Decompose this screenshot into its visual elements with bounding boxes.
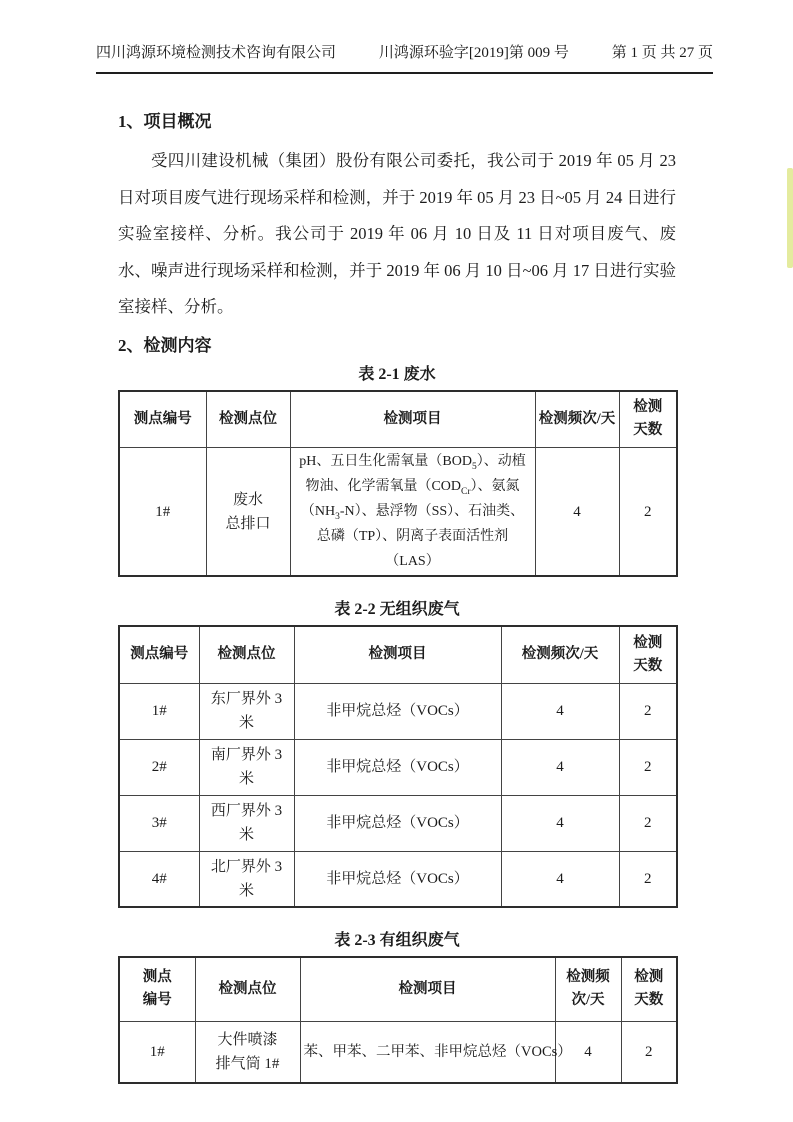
table-cell: 4 (501, 683, 619, 739)
column-header: 检测项目 (290, 391, 535, 448)
section-1-paragraph: 受四川建设机械（集团）股份有限公司委托，我公司于 2019 年 05 月 23 … (118, 143, 676, 326)
table-cell: 2 (619, 448, 677, 577)
fugitive-exhaust-table: 测点编号检测点位检测项目检测频次/天检测 天数1#东厂界外 3 米非甲烷总烃（V… (118, 625, 678, 908)
section-1-heading: 1、项目概况 (118, 110, 676, 134)
table-2-3-title: 表 2-3 有组织废气 (118, 931, 676, 951)
company-name: 四川鸿源环境检测技术咨询有限公司 (96, 44, 336, 63)
document-number: 川鸿源环验字[2019]第 009 号 (379, 44, 569, 63)
column-header: 测点编号 (119, 626, 199, 683)
table-cell: 非甲烷总烃（VOCs） (294, 683, 501, 739)
wastewater-table: 测点编号检测点位检测项目检测频次/天检测 天数1#废水 总排口pH、五日生化需氧… (118, 390, 678, 578)
column-header: 检测点位 (195, 957, 300, 1021)
column-header: 检测 天数 (619, 391, 677, 448)
table-cell: 1# (119, 448, 206, 577)
table-cell: 4# (119, 851, 199, 907)
table-cell: 南厂界外 3 米 (199, 739, 294, 795)
table-cell: 2 (619, 739, 677, 795)
table-cell: 2 (619, 851, 677, 907)
section-2-heading: 2、检测内容 (118, 334, 676, 358)
table-cell: 大件喷漆 排气筒 1# (195, 1021, 300, 1083)
column-header: 测点 编号 (119, 957, 195, 1021)
table-cell: 4 (501, 851, 619, 907)
table-2-2-title: 表 2-2 无组织废气 (118, 600, 676, 620)
column-header: 检测 天数 (619, 626, 677, 683)
table-cell: 东厂界外 3 米 (199, 683, 294, 739)
table-cell: 1# (119, 1021, 195, 1083)
table-2-1-title: 表 2-1 废水 (118, 365, 676, 385)
table-cell: 北厂界外 3 米 (199, 851, 294, 907)
table-cell: 1# (119, 683, 199, 739)
table-cell: 非甲烷总烃（VOCs） (294, 795, 501, 851)
table-row: 1#废水 总排口pH、五日生化需氧量（BOD5）、动植物油、化学需氧量（CODC… (119, 448, 677, 577)
column-header: 检测 天数 (621, 957, 677, 1021)
table-cell: 2 (621, 1021, 677, 1083)
column-header: 检测点位 (206, 391, 290, 448)
organized-exhaust-table: 测点 编号检测点位检测项目检测频 次/天检测 天数1#大件喷漆 排气筒 1#苯、… (118, 956, 678, 1084)
column-header: 检测项目 (294, 626, 501, 683)
column-header: 检测项目 (300, 957, 555, 1021)
document-page: 四川鸿源环境检测技术咨询有限公司 川鸿源环验字[2019]第 009 号 第 1… (0, 0, 793, 1122)
column-header: 检测频次/天 (535, 391, 619, 448)
table-cell: 2 (619, 683, 677, 739)
table-cell: 4 (535, 448, 619, 577)
page-running-head: 四川鸿源环境检测技术咨询有限公司 川鸿源环验字[2019]第 009 号 第 1… (96, 44, 713, 74)
table-cell: 西厂界外 3 米 (199, 795, 294, 851)
header-row: 测点编号检测点位检测项目检测频次/天检测 天数 (119, 626, 677, 683)
table-row: 2#南厂界外 3 米非甲烷总烃（VOCs）42 (119, 739, 677, 795)
table-cell: 非甲烷总烃（VOCs） (294, 851, 501, 907)
table-cell: pH、五日生化需氧量（BOD5）、动植物油、化学需氧量（CODCr）、氨氮（NH… (290, 448, 535, 577)
column-header: 检测频次/天 (501, 626, 619, 683)
page-number-info: 第 1 页 共 27 页 (612, 44, 713, 63)
table-cell: 苯、甲苯、二甲苯、非甲烷总烃（VOCs） (300, 1021, 555, 1083)
table-cell: 废水 总排口 (206, 448, 290, 577)
table-cell: 非甲烷总烃（VOCs） (294, 739, 501, 795)
header-row: 测点编号检测点位检测项目检测频次/天检测 天数 (119, 391, 677, 448)
table-cell: 2 (619, 795, 677, 851)
column-header: 检测点位 (199, 626, 294, 683)
table-row: 3#西厂界外 3 米非甲烷总烃（VOCs）42 (119, 795, 677, 851)
column-header: 检测频 次/天 (555, 957, 621, 1021)
table-row: 4#北厂界外 3 米非甲烷总烃（VOCs）42 (119, 851, 677, 907)
table-cell: 2# (119, 739, 199, 795)
table-cell: 3# (119, 795, 199, 851)
table-cell: 4 (501, 739, 619, 795)
header-row: 测点 编号检测点位检测项目检测频 次/天检测 天数 (119, 957, 677, 1021)
table-row: 1#东厂界外 3 米非甲烷总烃（VOCs）42 (119, 683, 677, 739)
column-header: 测点编号 (119, 391, 206, 448)
table-row: 1#大件喷漆 排气筒 1#苯、甲苯、二甲苯、非甲烷总烃（VOCs）42 (119, 1021, 677, 1083)
table-cell: 4 (501, 795, 619, 851)
edge-highlight-stripe (787, 168, 793, 268)
document-body: 1、项目概况 受四川建设机械（集团）股份有限公司委托，我公司于 2019 年 0… (118, 110, 676, 1084)
